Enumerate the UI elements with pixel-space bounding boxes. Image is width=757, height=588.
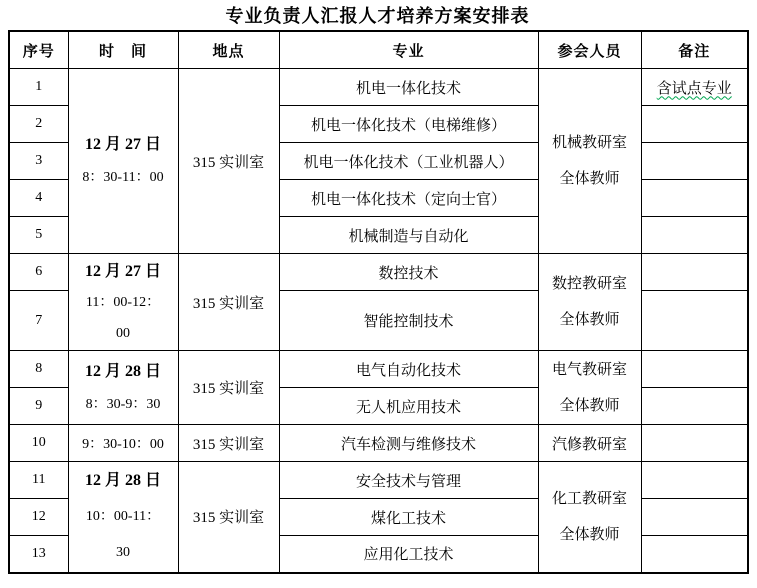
location-cell: 315 实训室 <box>178 462 279 573</box>
time-text: 8：30-9：30 <box>71 388 176 421</box>
col-header-seq: 序号 <box>9 31 68 69</box>
date-text: 12 月 27 日 <box>71 256 176 287</box>
major-cell: 无人机应用技术 <box>279 388 538 425</box>
remark-cell <box>641 536 748 573</box>
major-cell: 机械制造与自动化 <box>279 217 538 254</box>
participants-text: 数控教研室 <box>541 266 639 302</box>
col-header-major: 专业 <box>279 31 538 69</box>
date-text: 12 月 27 日 <box>71 128 176 161</box>
col-header-time: 时 间 <box>68 31 178 69</box>
major-cell: 安全技术与管理 <box>279 462 538 499</box>
major-cell: 汽车检测与维修技术 <box>279 425 538 462</box>
time-cell: 9：30-10：00 <box>68 425 178 462</box>
remark-cell <box>641 388 748 425</box>
participants-cell: 化工教研室 全体教师 <box>538 462 641 573</box>
location-cell: 315 实训室 <box>178 69 279 254</box>
col-header-remark: 备注 <box>641 31 748 69</box>
major-cell: 机电一体化技术（定向士官） <box>279 180 538 217</box>
seq-cell: 6 <box>9 254 68 291</box>
location-cell: 315 实训室 <box>178 254 279 351</box>
seq-cell: 7 <box>9 291 68 351</box>
participants-cell: 机械教研室 全体教师 <box>538 69 641 254</box>
participants-text: 全体教师 <box>541 302 639 338</box>
table-row: 11 12 月 28 日 10：00-11： 30 315 实训室 安全技术与管… <box>9 462 748 499</box>
participants-text: 全体教师 <box>541 161 639 197</box>
seq-cell: 3 <box>9 143 68 180</box>
remark-cell <box>641 291 748 351</box>
remark-text: 含试点专业 <box>657 77 732 98</box>
page-title: 专业负责人汇报人才培养方案安排表 <box>8 5 747 27</box>
col-header-participants: 参会人员 <box>538 31 641 69</box>
seq-cell: 12 <box>9 499 68 536</box>
date-text: 12 月 28 日 <box>71 463 176 499</box>
remark-cell <box>641 180 748 217</box>
seq-cell: 8 <box>9 351 68 388</box>
major-cell: 电气自动化技术 <box>279 351 538 388</box>
time-cell: 12 月 27 日 11：00-12： 00 <box>68 254 178 351</box>
seq-cell: 5 <box>9 217 68 254</box>
seq-cell: 1 <box>9 69 68 106</box>
remark-cell <box>641 106 748 143</box>
time-cell-lines: 12 月 27 日 11：00-12： 00 <box>71 256 176 349</box>
time-cell: 12 月 28 日 10：00-11： 30 <box>68 462 178 573</box>
remark-cell <box>641 143 748 180</box>
remark-cell <box>641 254 748 291</box>
participants-text: 机械教研室 <box>541 125 639 161</box>
time-text: 11：00-12： <box>71 287 176 318</box>
participants-cell: 数控教研室 全体教师 <box>538 254 641 351</box>
location-cell: 315 实训室 <box>178 425 279 462</box>
time-cell-lines: 12 月 28 日 8：30-9：30 <box>71 355 176 421</box>
table-row: 1 12 月 27 日 8：30-11：00 315 实训室 机电一体化技术 机… <box>9 69 748 106</box>
time-cell-lines: 12 月 27 日 8：30-11：00 <box>71 128 176 194</box>
time-text: 8：30-11：00 <box>71 161 176 194</box>
remark-cell <box>641 499 748 536</box>
major-cell: 机电一体化技术（电梯维修） <box>279 106 538 143</box>
participants-text: 化工教研室 <box>541 481 639 517</box>
participants-cell-lines: 化工教研室 全体教师 <box>541 481 639 553</box>
major-cell: 智能控制技术 <box>279 291 538 351</box>
participants-cell-lines: 机械教研室 全体教师 <box>541 125 639 197</box>
participants-text: 电气教研室 <box>541 352 639 388</box>
table-row: 8 12 月 28 日 8：30-9：30 315 实训室 电气自动化技术 电气… <box>9 351 748 388</box>
date-text: 12 月 28 日 <box>71 355 176 388</box>
seq-cell: 4 <box>9 180 68 217</box>
seq-cell: 13 <box>9 536 68 573</box>
major-cell: 煤化工技术 <box>279 499 538 536</box>
remark-cell <box>641 351 748 388</box>
document-page: 专业负责人汇报人才培养方案安排表 序号 时 间 地点 专业 参会人员 备注 1 <box>0 0 757 588</box>
remark-cell: 含试点专业 <box>641 69 748 106</box>
participants-cell-lines: 数控教研室 全体教师 <box>541 266 639 338</box>
remark-cell <box>641 425 748 462</box>
major-cell: 数控技术 <box>279 254 538 291</box>
col-header-location: 地点 <box>178 31 279 69</box>
participants-cell: 电气教研室 全体教师 <box>538 351 641 425</box>
remark-cell <box>641 217 748 254</box>
table-row: 10 9：30-10：00 315 实训室 汽车检测与维修技术 汽修教研室 <box>9 425 748 462</box>
major-cell: 应用化工技术 <box>279 536 538 573</box>
seq-cell: 9 <box>9 388 68 425</box>
participants-text: 全体教师 <box>541 388 639 424</box>
time-cell: 12 月 27 日 8：30-11：00 <box>68 69 178 254</box>
time-text: 00 <box>71 318 176 349</box>
remark-cell <box>641 462 748 499</box>
participants-cell: 汽修教研室 <box>538 425 641 462</box>
time-cell-lines: 12 月 28 日 10：00-11： 30 <box>71 463 176 571</box>
major-cell: 机电一体化技术 <box>279 69 538 106</box>
table-row: 6 12 月 27 日 11：00-12： 00 315 实训室 数控技术 数控… <box>9 254 748 291</box>
time-text: 30 <box>71 535 176 571</box>
schedule-table: 序号 时 间 地点 专业 参会人员 备注 1 12 月 27 日 8：30-11… <box>8 30 749 574</box>
major-cell: 机电一体化技术（工业机器人） <box>279 143 538 180</box>
seq-cell: 2 <box>9 106 68 143</box>
time-text: 10：00-11： <box>71 499 176 535</box>
participants-text: 全体教师 <box>541 517 639 553</box>
seq-cell: 11 <box>9 462 68 499</box>
participants-cell-lines: 电气教研室 全体教师 <box>541 352 639 424</box>
seq-cell: 10 <box>9 425 68 462</box>
header-row: 序号 时 间 地点 专业 参会人员 备注 <box>9 31 748 69</box>
time-cell: 12 月 28 日 8：30-9：30 <box>68 351 178 425</box>
location-cell: 315 实训室 <box>178 351 279 425</box>
